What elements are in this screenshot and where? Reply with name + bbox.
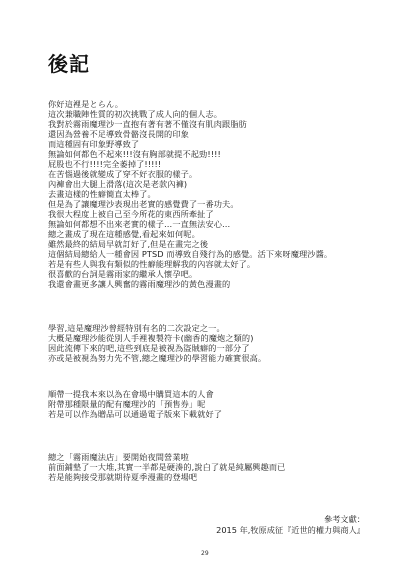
text-line: 大概是魔理沙能從別人手裡複製符卡(幽香的魔炮之類的)	[48, 333, 266, 343]
afterword-page: 後記 你好這裡是とらん。 這次兼職陣性質的初次挑戰了成人向的個人志。 我對於霧雨…	[0, 0, 400, 582]
text-line: 在苦惱過後就變成了穿不好衣服的樣子。	[48, 169, 332, 179]
text-line: 去畫這樣的性癖簡直太棒了。	[48, 189, 332, 199]
text-line: 若是可以作為贈品可以通過電子版來下載就好了	[48, 409, 222, 419]
text-line: 無論如何都色不起來!!!沒有胸部就提不起勁!!!!	[48, 149, 332, 159]
references: 參考文獻： 2015 年,牧原成征『近世的權力與商人』	[216, 514, 365, 536]
text-line: 亦或是被視為努力先不管,總之魔理沙的學習能力確實很高。	[48, 353, 266, 363]
references-label: 參考文獻：	[216, 514, 365, 525]
text-line: 屁股也不行!!!!完全萎掉了!!!!!	[48, 159, 332, 169]
text-line: 這個結局總給人一種會因 PTSD 而導致自殘行為的感覺。活下來呀魔理沙醬。	[48, 249, 332, 259]
text-line: 但是為了讓魔理沙表現出老實的感覺費了一番功夫。	[48, 199, 332, 209]
text-line: 順帶一提我本來以為在會場中購買這本的人會	[48, 389, 222, 399]
text-line: 因此流傳下來的吧,這些到底是被視為盜賊癖的一部分了	[48, 343, 266, 353]
text-line: 雖然最終的結局早就訂好了,但是在畫完之後	[48, 239, 332, 249]
text-line: 若是能夠接受那就期待夏季漫畫的登場吧	[48, 472, 285, 482]
text-line: 我對於霧雨魔理沙一直抱有著有著不僅沒有肌肉跟脂肪	[48, 119, 332, 129]
text-line: 我還會畫更多讓人興奮的霧雨魔理沙的黃色漫畫的	[48, 279, 332, 289]
paragraph-learning: 學習,這是魔理沙曾經特別有名的二次設定之一。 大概是魔理沙能從別人手裡複製符卡(…	[48, 323, 266, 363]
text-line: 總之「霧雨魔法店」要開始夜間營業啦	[48, 452, 285, 462]
text-line: 學習,這是魔理沙曾經特別有名的二次設定之一。	[48, 323, 266, 333]
page-number: 29	[201, 550, 209, 557]
text-line: 前面鋪墊了一大堆,其實一半都是硬湊的,說白了就是純屬興趣而已	[48, 462, 285, 472]
text-line: 無論如何都想不出來老實的樣子…一直無法安心…	[48, 219, 332, 229]
text-line: 還因為營養不足導致骨骼沒長開的印象	[48, 129, 332, 139]
text-line: 這次兼職陣性質的初次挑戰了成人向的個人志。	[48, 109, 332, 119]
paragraph-presale: 順帶一提我本來以為在會場中購買這本的人會 附帶那種限量的配有魔理沙的「預售券」呢…	[48, 389, 222, 419]
paragraph-closing: 總之「霧雨魔法店」要開始夜間營業啦 前面鋪墊了一大堆,其實一半都是硬湊的,說白了…	[48, 452, 285, 482]
text-line: 內褲會出大腿上滑落(這次是老款內褲)	[48, 179, 332, 189]
text-line: 總之畫成了現在這種感覺,看起來如何呢。	[48, 229, 332, 239]
text-line: 若是有些人與我有類似的性癖能理解我的內容就太好了。	[48, 259, 332, 269]
paragraph-intro: 你好這裡是とらん。 這次兼職陣性質的初次挑戰了成人向的個人志。 我對於霧雨魔理沙…	[48, 99, 332, 289]
text-line: 我很大程度上被自己至今所花的東西所牽扯了	[48, 209, 332, 219]
references-citation: 2015 年,牧原成征『近世的權力與商人』	[216, 525, 365, 536]
text-line: 很喜歡的台詞是霧雨家的繼承人懷孕吧。	[48, 269, 332, 279]
text-line: 而這種固有印象野導致了	[48, 139, 332, 149]
page-title: 後記	[48, 48, 90, 77]
text-line: 附帶那種限量的配有魔理沙的「預售券」呢	[48, 399, 222, 409]
text-line: 你好這裡是とらん。	[48, 99, 332, 109]
